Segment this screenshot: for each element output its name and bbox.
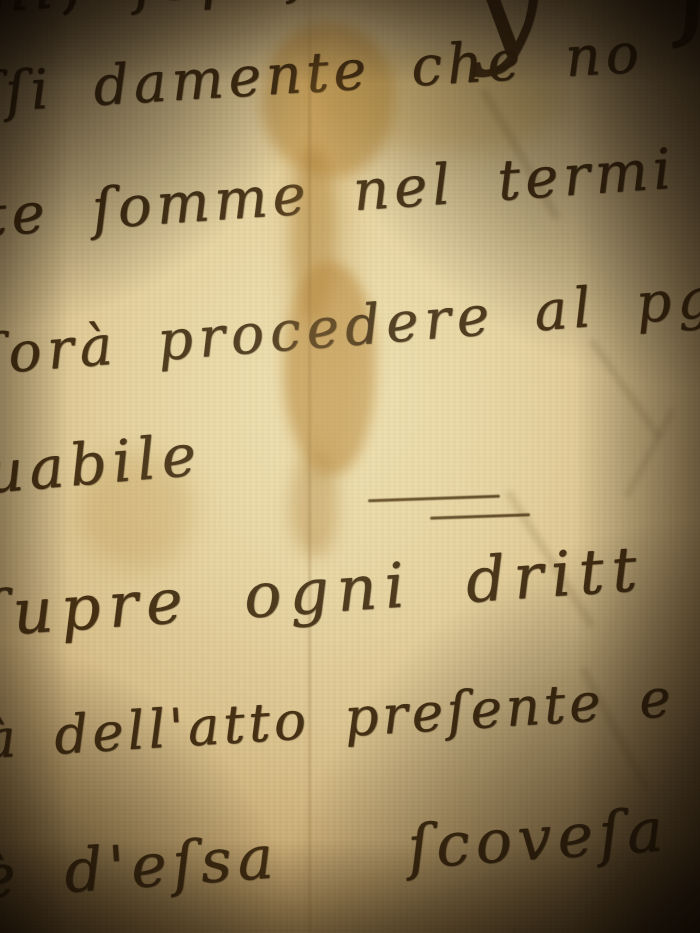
handwriting-line-3: te ſomme nel termi [0,142,678,246]
handwriting-line-8: è d'eſsa ſcoveſa a [0,794,700,908]
water-stain-tail [290,452,338,557]
handwriting-line-1: ni, ſspeſse [0,0,399,22]
double-dash-flourish-upper [368,495,500,503]
manuscript-photo: ni, ſspeſse y f ſſi damente che no te ſo… [0,0,700,933]
ink-showthrough-mark [588,337,663,439]
handwriting-line-5: uabile [0,425,204,502]
handwriting-line-6: ſupre ogni dritt [0,538,647,646]
double-dash-flourish-lower [430,513,530,519]
handwriting-line-4: ſorà procedere al pg [0,270,700,383]
handwriting-line-2: ſſi damente che no [0,25,645,120]
fold-crease [308,0,311,933]
ink-showthrough-mark [624,407,676,498]
handwriting-line-7: à dell'atto preſente e [0,672,676,767]
water-stain-overlay [282,55,357,485]
